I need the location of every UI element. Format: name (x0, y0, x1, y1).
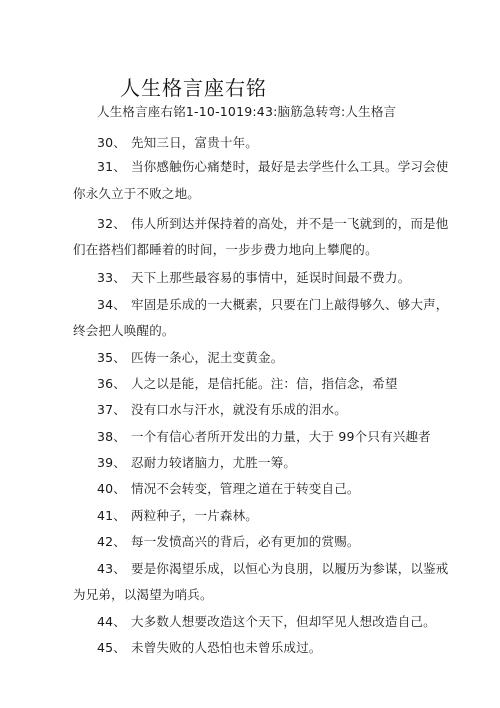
item-text: 天下上那些最容易的事情中，延误时间最不费力。 (131, 270, 410, 285)
item-text: 人之以是能，是信托能。注：信，指信念，希望 (131, 376, 398, 391)
item-number: 37、 (97, 400, 131, 418)
item-text: 没有口水与汗水，就没有乐成的泪水。 (131, 402, 347, 417)
item-number: 35、 (97, 348, 131, 366)
document-subtitle: 人生格言座右铭1-10-1019:43:脑筋急转弯:人生格言 (97, 102, 396, 120)
item-number: 30、 (97, 133, 131, 151)
item-text: 伟人所到达并保持着的高处，并不是一飞就到的，而是他 (131, 216, 449, 231)
item-number: 43、 (97, 559, 131, 577)
list-item: 33、天下上那些最容易的事情中，延误时间最不费力。 (97, 268, 410, 286)
list-item: 43、要是你渴望乐成，以恒心为良朋，以履历为参谋，以鉴戒 (97, 559, 449, 577)
item-text: 一个有信心者所开发出的力量，大于 99个只有兴趣者 (131, 429, 431, 444)
item-text-continued: 为兄弟，以渴望为哨兵。 (73, 585, 213, 603)
document-title: 人生格言座右铭 (120, 72, 267, 101)
item-text: 要是你渴望乐成，以恒心为良朋，以履历为参谋，以鉴戒 (131, 561, 449, 576)
item-number: 38、 (97, 427, 131, 445)
item-text: 牢固是乐成的一大概素，只要在门上敲得够久、够大声， (131, 297, 449, 312)
item-number: 34、 (97, 295, 131, 313)
item-text: 当你感触伤心痛楚时，最好是去学些什么工具。学习会使 (131, 159, 449, 174)
list-item: 39、忍耐力较诸脑力，尤胜一筹。 (97, 453, 296, 471)
item-text-continued: 们在搭档们都睡着的时间，一步步费力地向上攀爬的。 (73, 240, 378, 258)
item-text-continued: 你永久立于不败之地。 (73, 184, 200, 202)
item-text: 忍耐力较诸脑力，尤胜一筹。 (131, 455, 296, 470)
item-number: 44、 (97, 612, 131, 630)
list-item: 45、未曾失败的人恐怕也未曾乐成过。 (97, 638, 322, 656)
item-number: 32、 (97, 214, 131, 232)
item-text-continued: 终会把人唤醒的。 (73, 321, 175, 339)
list-item: 41、两粒种子，一片森林。 (97, 506, 258, 524)
list-item: 44、大多数人想要改造这个天下，但却罕见人想改造自己。 (97, 612, 436, 630)
item-number: 31、 (97, 157, 131, 175)
list-item: 36、人之以是能，是信托能。注：信，指信念，希望 (97, 374, 398, 392)
list-item: 37、没有口水与汗水，就没有乐成的泪水。 (97, 400, 347, 418)
list-item: 42、每一发愤高兴的背后，必有更加的赏赐。 (97, 532, 360, 550)
item-text: 先知三日，富贵十年。 (131, 135, 258, 150)
list-item: 32、伟人所到达并保持着的高处，并不是一飞就到的，而是他 (97, 214, 449, 232)
item-number: 39、 (97, 453, 131, 471)
item-number: 40、 (97, 479, 131, 497)
list-item: 30、先知三日，富贵十年。 (97, 133, 258, 151)
item-text: 匹俦一条心，泥土变黄金。 (131, 350, 283, 365)
list-item: 40、情况不会转变，管理之道在于转变自己。 (97, 479, 360, 497)
item-text: 两粒种子，一片森林。 (131, 508, 258, 523)
list-item: 31、当你感触伤心痛楚时，最好是去学些什么工具。学习会使 (97, 157, 449, 175)
item-text: 未曾失败的人恐怕也未曾乐成过。 (131, 640, 322, 655)
item-text: 每一发愤高兴的背后，必有更加的赏赐。 (131, 534, 360, 549)
item-number: 45、 (97, 638, 131, 656)
item-text: 大多数人想要改造这个天下，但却罕见人想改造自己。 (131, 614, 436, 629)
item-number: 42、 (97, 532, 131, 550)
item-number: 36、 (97, 374, 131, 392)
list-item: 34、牢固是乐成的一大概素，只要在门上敲得够久、够大声， (97, 295, 449, 313)
item-number: 41、 (97, 506, 131, 524)
list-item: 38、一个有信心者所开发出的力量，大于 99个只有兴趣者 (97, 427, 431, 445)
item-number: 33、 (97, 268, 131, 286)
list-item: 35、匹俦一条心，泥土变黄金。 (97, 348, 283, 366)
item-text: 情况不会转变，管理之道在于转变自己。 (131, 481, 360, 496)
